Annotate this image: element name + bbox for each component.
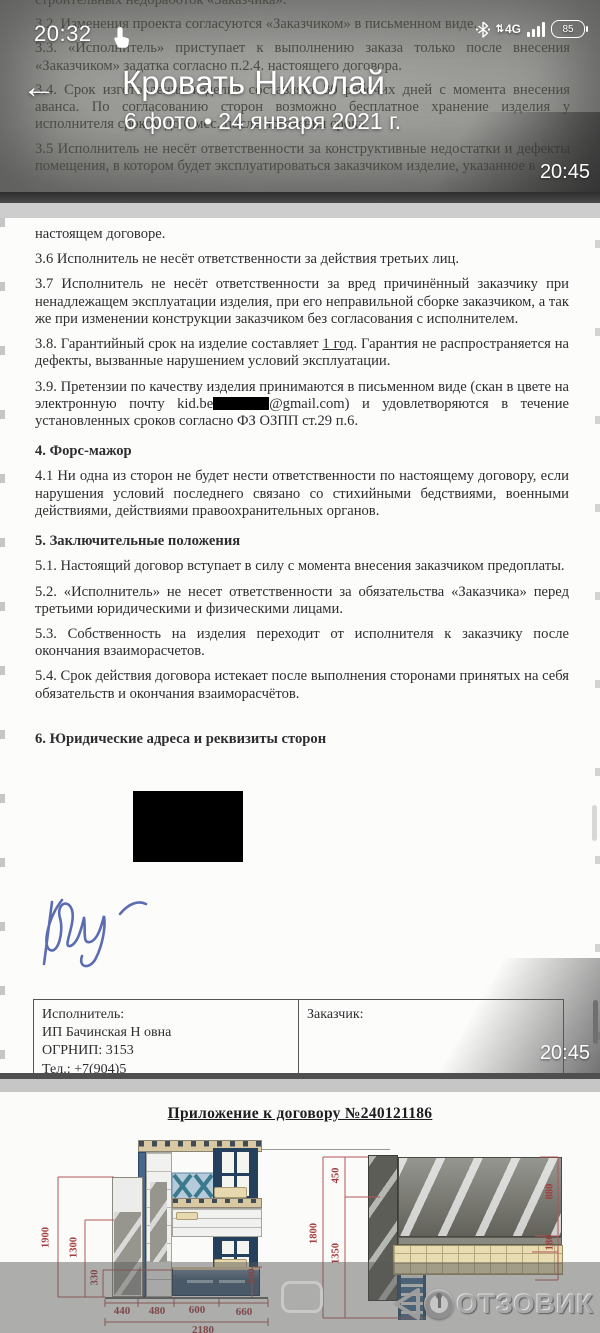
section-heading-force-majeure: 4. Форс-мажор xyxy=(35,443,569,460)
clock: 20:32 xyxy=(34,21,92,47)
email-redaction-box xyxy=(213,397,269,410)
watermark-lens-icon xyxy=(424,1289,454,1319)
photo-corner-shade: 20:45 xyxy=(370,958,600,1073)
contract-text-block-2: настоящем договоре. 3.6 Исполнитель не н… xyxy=(35,226,569,756)
dim-front-height-1300: 1300 xyxy=(69,1230,80,1266)
signal-bars-icon xyxy=(527,22,545,37)
battery-icon: 85 xyxy=(551,20,588,38)
photo-timestamp: 20:45 xyxy=(540,1042,590,1065)
battery-level: 85 xyxy=(551,20,585,38)
page-subtitle: 6 фото • 24 января 2021 г. xyxy=(124,108,401,135)
contract-paragraph: 3.6 Исполнитель не несёт ответственности… xyxy=(35,251,569,268)
contract-paragraph: 5.1. Настоящий договор вступает в силу с… xyxy=(35,558,569,575)
photo-contract-page-2[interactable]: настоящем договоре. 3.6 Исполнитель не н… xyxy=(0,218,600,1073)
page-title: Кровать Николай xyxy=(122,64,385,102)
executor-cell: Исполнитель: ИП Бачинская Н овна ОГРНИП:… xyxy=(34,1000,299,1073)
warranty-term: 1 год xyxy=(322,336,353,352)
executor-phone: Тел.: +7(904)5 xyxy=(42,1061,290,1073)
section-heading-final-provisions: 5. Заключительные положения xyxy=(35,533,569,550)
contract-paragraph: 3.7 Исполнитель не несёт ответственности… xyxy=(35,276,569,328)
section-heading-legal-addresses: 6. Юридические адреса и реквизиты сторон xyxy=(35,731,569,748)
otzovik-watermark: ОТЗОВИК xyxy=(394,1288,594,1320)
photo-divider xyxy=(0,192,600,203)
paper-edge-highlight xyxy=(592,805,597,841)
dim-side-height-180: 180 xyxy=(545,1225,556,1261)
touch-pointer-icon xyxy=(112,26,132,48)
battery-nub xyxy=(586,26,588,32)
status-icons: ⇅4G 85 xyxy=(476,18,588,40)
network-label: 4G xyxy=(505,22,521,36)
executor-name: ИП Бачинская Н овна xyxy=(42,1024,290,1042)
contract-paragraph: настоящем договоре. xyxy=(35,226,569,243)
home-pill-icon[interactable] xyxy=(281,1281,323,1313)
signature xyxy=(38,888,168,973)
paper-edge-right xyxy=(595,218,600,1073)
dim-side-height-1800: 1800 xyxy=(309,1216,320,1252)
watermark-brand-text: ОТЗОВИК xyxy=(457,1289,594,1320)
photo-timestamp: 20:45 xyxy=(540,161,590,184)
contract-paragraph: 4.1 Ни одна из сторон не будет нести отв… xyxy=(35,468,569,520)
dim-side-height-450: 450 xyxy=(331,1158,342,1194)
photo-viewer-screen: строительных недоработок «Заказчика». 3.… xyxy=(0,0,600,1333)
contract-paragraph: 5.2. «Исполнитель» не несет ответственно… xyxy=(35,584,569,618)
paper-edge-left xyxy=(0,218,5,1073)
lens-stem xyxy=(438,1298,441,1308)
executor-ogrnip: ОГРНИП: 3153 xyxy=(42,1042,290,1060)
dim-side-height-880: 880 xyxy=(545,1174,556,1210)
scrollbar-thumb[interactable] xyxy=(593,1000,598,1044)
contract-paragraph: 5.4. Срок действия договора истекает пос… xyxy=(35,668,569,702)
status-bar: 20:32 ⇅4G 85 xyxy=(0,0,600,52)
network-type-indicator: ⇅4G xyxy=(496,22,521,36)
contract-paragraph: 5.3. Собственность на изделия переходит … xyxy=(35,626,569,660)
dim-front-height-total: 1900 xyxy=(41,1220,52,1256)
paragraph-text: 3.8. Гарантийный срок на изделие составл… xyxy=(35,336,322,352)
appendix-heading: Приложение к договору №240121186 xyxy=(0,1105,600,1123)
network-arrows: ⇅ xyxy=(496,24,504,35)
photo-gap xyxy=(0,1079,600,1092)
executor-title: Исполнитель: xyxy=(42,1006,290,1024)
contract-paragraph: 3.9. Претензии по качеству изделия прини… xyxy=(35,379,569,431)
bluetooth-icon xyxy=(476,21,490,38)
photo-gap xyxy=(0,203,600,218)
contract-paragraph: 3.8. Гарантийный срок на изделие составл… xyxy=(35,336,569,370)
personal-data-redaction-box xyxy=(133,791,243,862)
watermark-play-icon xyxy=(394,1288,420,1320)
back-button[interactable]: ← xyxy=(22,70,56,104)
